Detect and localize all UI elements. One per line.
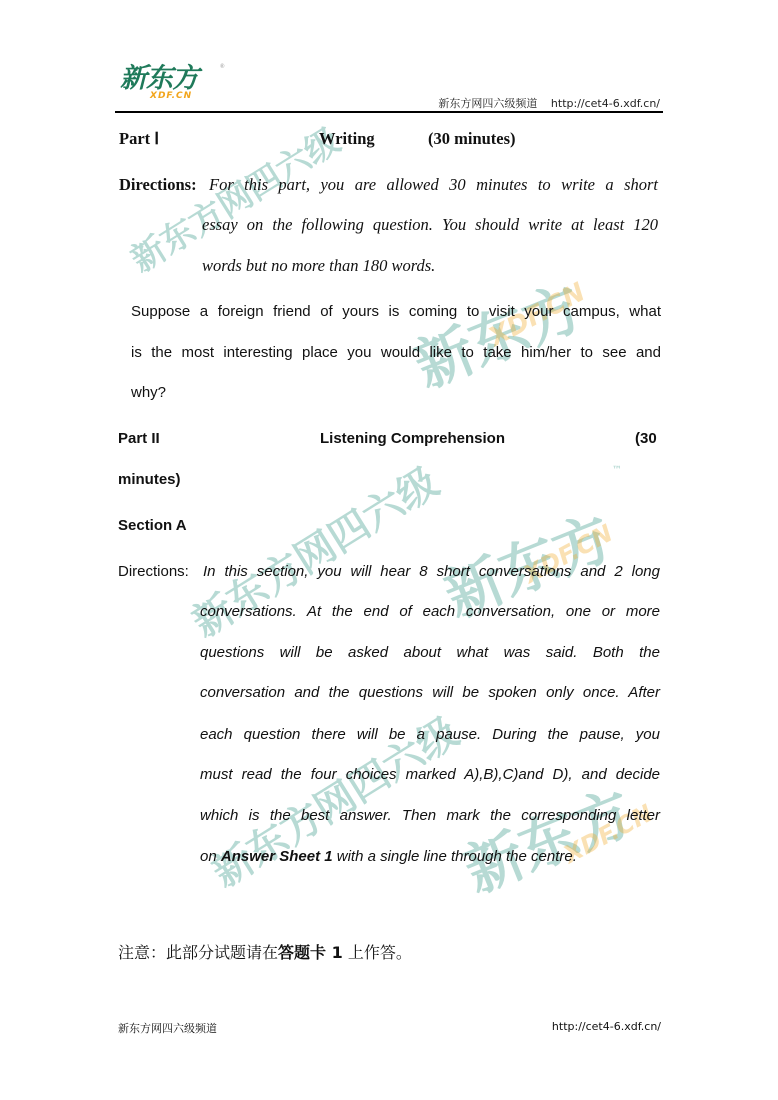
last-line-prefix: on [200, 848, 221, 865]
watermark-tm: ™ [612, 465, 622, 476]
part1-directions-line: For this part, you are allowed 30 minute… [209, 175, 658, 195]
notice-prefix: 注意： [118, 943, 166, 962]
header-rule [115, 111, 663, 113]
footer-url[interactable]: http://cet4-6.xdf.cn/ [552, 1020, 661, 1033]
part2-duration-close: minutes) [118, 471, 181, 488]
part2-directions-label: Directions: [118, 563, 189, 580]
logo-english: XDF.CN [150, 91, 192, 101]
part2-directions-line: must read the four choices marked A),B),… [200, 766, 660, 783]
part2-directions-last-line: on Answer Sheet 1 with a single line thr… [200, 848, 577, 865]
notice: 注意：此部分试题请在答题卡 1 上作答。 [118, 940, 412, 963]
part1-question-line: why? [131, 384, 166, 401]
part2-duration-open: (30 [635, 430, 657, 447]
xdf-logo: 新东方 XDF.CN ® [120, 64, 230, 104]
watermark-logo-bottom: 新东方 [451, 765, 644, 908]
part2-directions-line: which is the best answer. Then mark the … [200, 807, 660, 824]
notice-answer-sheet: 答题卡 1 [278, 943, 343, 962]
footer-channel: 新东方网四六级频道 [118, 1020, 217, 1036]
header-channel: 新东方网四六级频道 http://cet4-6.xdf.cn/ [428, 95, 660, 111]
part1-directions-line: essay on the following question. You sho… [202, 215, 658, 235]
answer-sheet-emphasis: Answer Sheet 1 [221, 848, 333, 865]
part2-section-heading: Section A [118, 517, 187, 534]
logo-registered-mark: ® [220, 64, 225, 70]
part2-directions-line: In this section, you will hear 8 short c… [203, 563, 660, 580]
part2-directions-line: conversation and the questions will be s… [200, 684, 660, 701]
part1-title: Writing [319, 129, 375, 149]
part1-directions-line: words but no more than 180 words. [202, 256, 435, 276]
part1-question-line: Suppose a foreign friend of yours is com… [131, 303, 661, 320]
part1-label: Part Ⅰ [119, 129, 159, 149]
part2-directions-line: conversations. At the end of each conver… [200, 603, 660, 620]
logo-chinese: 新东方 [120, 64, 230, 94]
part2-title: Listening Comprehension [320, 430, 505, 447]
part2-directions-line: each question there will be a pause. Dur… [200, 726, 660, 743]
part1-question-line: is the most interesting place you would … [131, 344, 661, 361]
last-line-suffix: with a single line through the centre. [333, 848, 577, 865]
part1-directions-label: Directions: [119, 175, 197, 195]
notice-text1: 此部分试题请在 [166, 943, 278, 962]
notice-text2: 上作答。 [343, 943, 412, 962]
part2-directions-line: questions will be asked about what was s… [200, 644, 660, 661]
header-channel-name: 新东方网四六级频道 [438, 97, 537, 110]
part2-label: Part II [118, 430, 160, 447]
header-url[interactable]: http://cet4-6.xdf.cn/ [551, 97, 660, 110]
watermark-logo-top: 新东方 [401, 260, 594, 403]
part1-duration: (30 minutes) [428, 129, 516, 149]
